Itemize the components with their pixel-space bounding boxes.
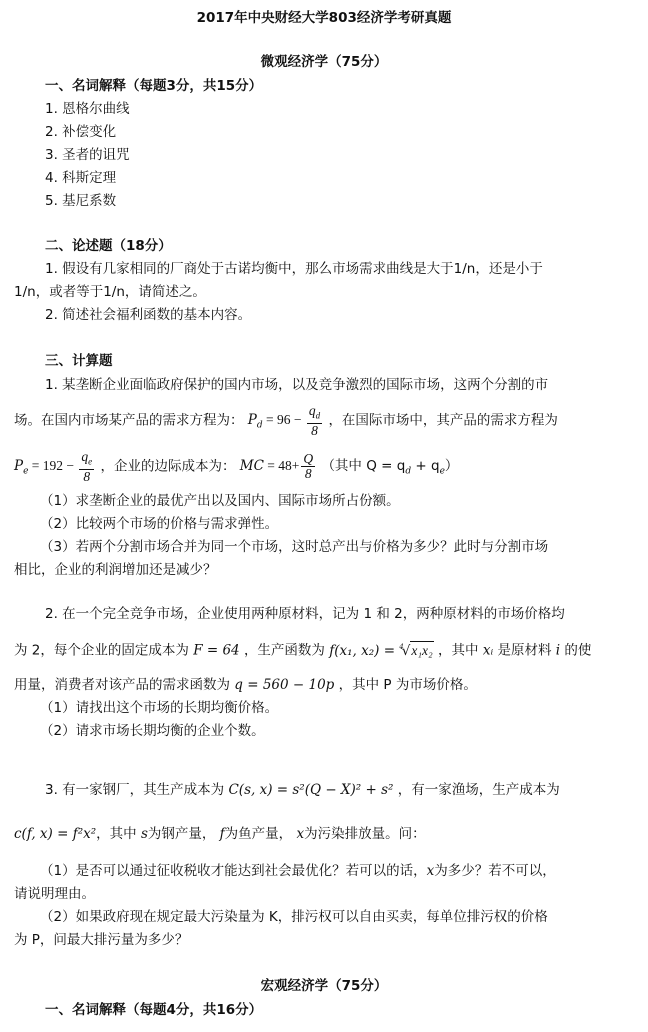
calc-q1-line2-pre: 场。在国内市场某产品的需求方程为： — [14, 412, 244, 428]
fixed-cost-equation: F = 64 — [193, 643, 239, 659]
micro-part2-heading: 二、论述题（18分） — [45, 237, 172, 255]
term-item: 5. 基尼系数 — [45, 192, 116, 210]
international-demand-equation: Pe = 192 − qe8 — [14, 458, 96, 474]
calc-q2-line1: 2. 在一个完全竞争市场，企业使用两种原材料，记为 1 和 2，两种原材料的市场… — [45, 605, 565, 623]
calc-q3-line2: c(f, x) = f²x²，其中 s为钢产量， f为鱼产量， x为污染排放量。… — [14, 825, 426, 843]
micro-section-title: 微观经济学（75分） — [0, 53, 648, 71]
calc-q1-sub3-line1: （3）若两个分割市场合并为同一个市场，这时总产出与价格为多少？此时与分割市场 — [40, 538, 548, 556]
calc-q1-line2-post: ，在国际市场中，其产品的需求方程为 — [328, 412, 558, 428]
calc-q2-sub2: （2）请求市场长期均衡的企业个数。 — [40, 722, 265, 740]
marginal-cost-equation: MC = 48+Q8 — [240, 458, 317, 474]
fish-cost-equation: c(f, x) = f²x² — [14, 826, 96, 842]
calc-q2-line2: 为 2，每个企业的固定成本为 F = 64 ，生产函数为 f(x₁, x₂) =… — [14, 638, 591, 660]
macro-section-title: 宏观经济学（75分） — [0, 977, 648, 995]
calc-q2-sub1: （1）请找出这个市场的长期均衡价格。 — [40, 699, 278, 717]
calc-q1-sub3-line2: 相比，企业的利润增加还是减少？ — [14, 561, 217, 579]
calc-q3-sub1-line2: 请说明理由。 — [14, 885, 95, 903]
calc-q3-sub1-line1: （1）是否可以通过征收税收才能达到社会最优化？若可以的话，x为多少？若不可以， — [40, 862, 556, 880]
essay-q1-line1: 1. 假设有几家相同的厂商处于古诺均衡中，那么市场需求曲线是大于1/n，还是小于 — [45, 260, 543, 278]
calc-q3-sub2-line1: （2）如果政府现在规定最大污染量为 K，排污权可以自由买卖，每单位排污权的价格 — [40, 908, 548, 926]
term-item: 3. 圣者的诅咒 — [45, 146, 130, 164]
micro-part3-heading: 三、计算题 — [45, 352, 113, 370]
calc-q1-line2: 场。在国内市场某产品的需求方程为： Pd = 96 − qd8 ，在国际市场中，… — [14, 404, 558, 441]
steel-cost-equation: C(s, x) = s²(Q − X)² + s² — [228, 782, 393, 798]
essay-q1-line2: 1/n，或者等于1/n，请简述之。 — [14, 283, 206, 301]
demand-function: q = 560 − 10p — [234, 677, 334, 693]
calc-q1-line1: 1. 某垄断企业面临政府保护的国内市场，以及竞争激烈的国际市场，这两个分割的市 — [45, 376, 548, 394]
calc-q1-sub1: （1）求垄断企业的最优产出以及国内、国际市场所占份额。 — [40, 492, 400, 510]
production-function: f(x₁, x₂) = 4√x₁x₂ — [329, 643, 434, 659]
calc-q3-line1: 3. 有一家钢厂，其生产成本为 C(s, x) = s²(Q − X)² + s… — [45, 781, 560, 799]
calc-q1-line3-post: （其中 Q = qd + qe） — [321, 458, 458, 474]
term-item: 1. 恩格尔曲线 — [45, 100, 130, 118]
term-item: 2. 补偿变化 — [45, 123, 116, 141]
macro-part1-heading: 一、名词解释（每题4分，共16分） — [45, 1001, 262, 1019]
calc-q1-sub2: （2）比较两个市场的价格与需求弹性。 — [40, 515, 278, 533]
calc-q1-line3: Pe = 192 − qe8 ，企业的边际成本为： MC = 48+Q8 （其中… — [14, 450, 458, 487]
calc-q1-line3-mid: ，企业的边际成本为： — [100, 458, 235, 474]
calc-q2-line3: 用量，消费者对该产品的需求函数为 q = 560 − 10p ，其中 P 为市场… — [14, 676, 477, 694]
document-title: 2017年中央财经大学803经济学考研真题 — [0, 9, 648, 27]
calc-q3-sub2-line2: 为 P，问最大排污量为多少？ — [14, 931, 188, 949]
term-item: 4. 科斯定理 — [45, 169, 116, 187]
micro-part1-heading: 一、名词解释（每题3分，共15分） — [45, 77, 262, 95]
essay-q2: 2. 简述社会福利函数的基本内容。 — [45, 306, 251, 324]
domestic-demand-equation: Pd = 96 − qd8 — [248, 412, 324, 428]
